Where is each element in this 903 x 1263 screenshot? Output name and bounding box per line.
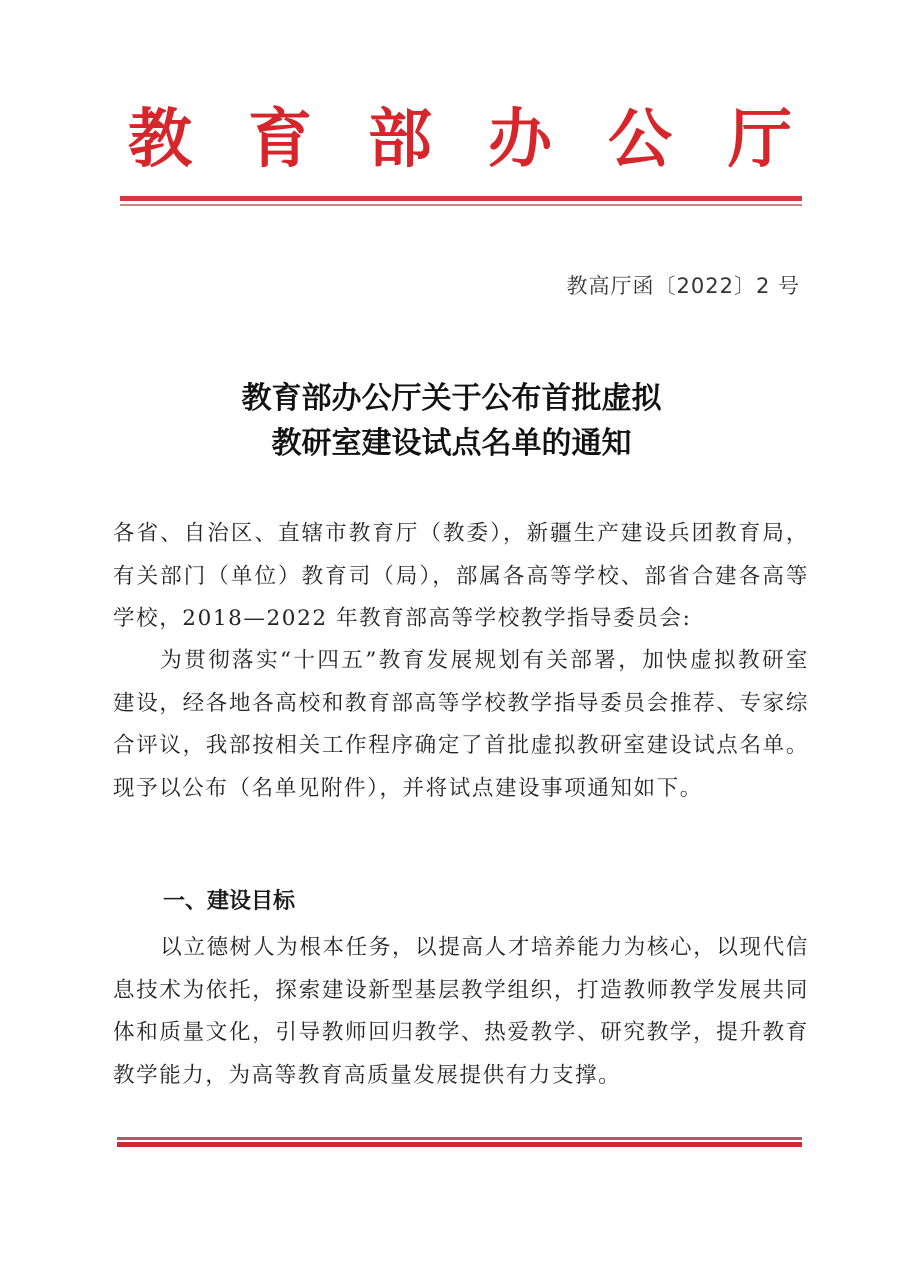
masthead-char: 育 [240, 100, 320, 180]
paragraph-goals: 以立德树人为根本任务，以提高人才培养能力为核心，以现代信息技术为依托，探索建设新… [113, 927, 809, 1097]
rule-thick-line [117, 1142, 802, 1147]
document-title: 教育部办公厅关于公布首批虚拟 教研室建设试点名单的通知 [0, 376, 903, 466]
masthead-red-rule [120, 196, 802, 206]
title-line-1: 教育部办公厅关于公布首批虚拟 [0, 376, 903, 421]
rule-thin-line [117, 1137, 802, 1140]
masthead-char: 教 [120, 100, 200, 180]
footer-red-rule [117, 1137, 802, 1147]
masthead-char: 厅 [720, 100, 800, 180]
salutation: 各省、自治区、直辖市教育厅（教委），新疆生产建设兵团教育局，有关部门（单位）教育… [113, 513, 809, 641]
masthead-char: 公 [600, 100, 680, 180]
rule-thin-line [120, 204, 802, 206]
rule-thick-line [120, 196, 802, 201]
section-heading-goals: 一、建设目标 [163, 884, 295, 915]
document-number: 教高厅函〔2022〕2 号 [567, 270, 800, 300]
masthead-char: 部 [360, 100, 440, 180]
masthead-organization: 教 育 部 办 公 厅 [120, 100, 800, 180]
paragraph-intro: 为贯彻落实“十四五”教育发展规划有关部署，加快虚拟教研室建设，经各地各高校和教育… [113, 640, 809, 810]
masthead-char: 办 [480, 100, 560, 180]
title-line-2: 教研室建设试点名单的通知 [0, 421, 903, 466]
